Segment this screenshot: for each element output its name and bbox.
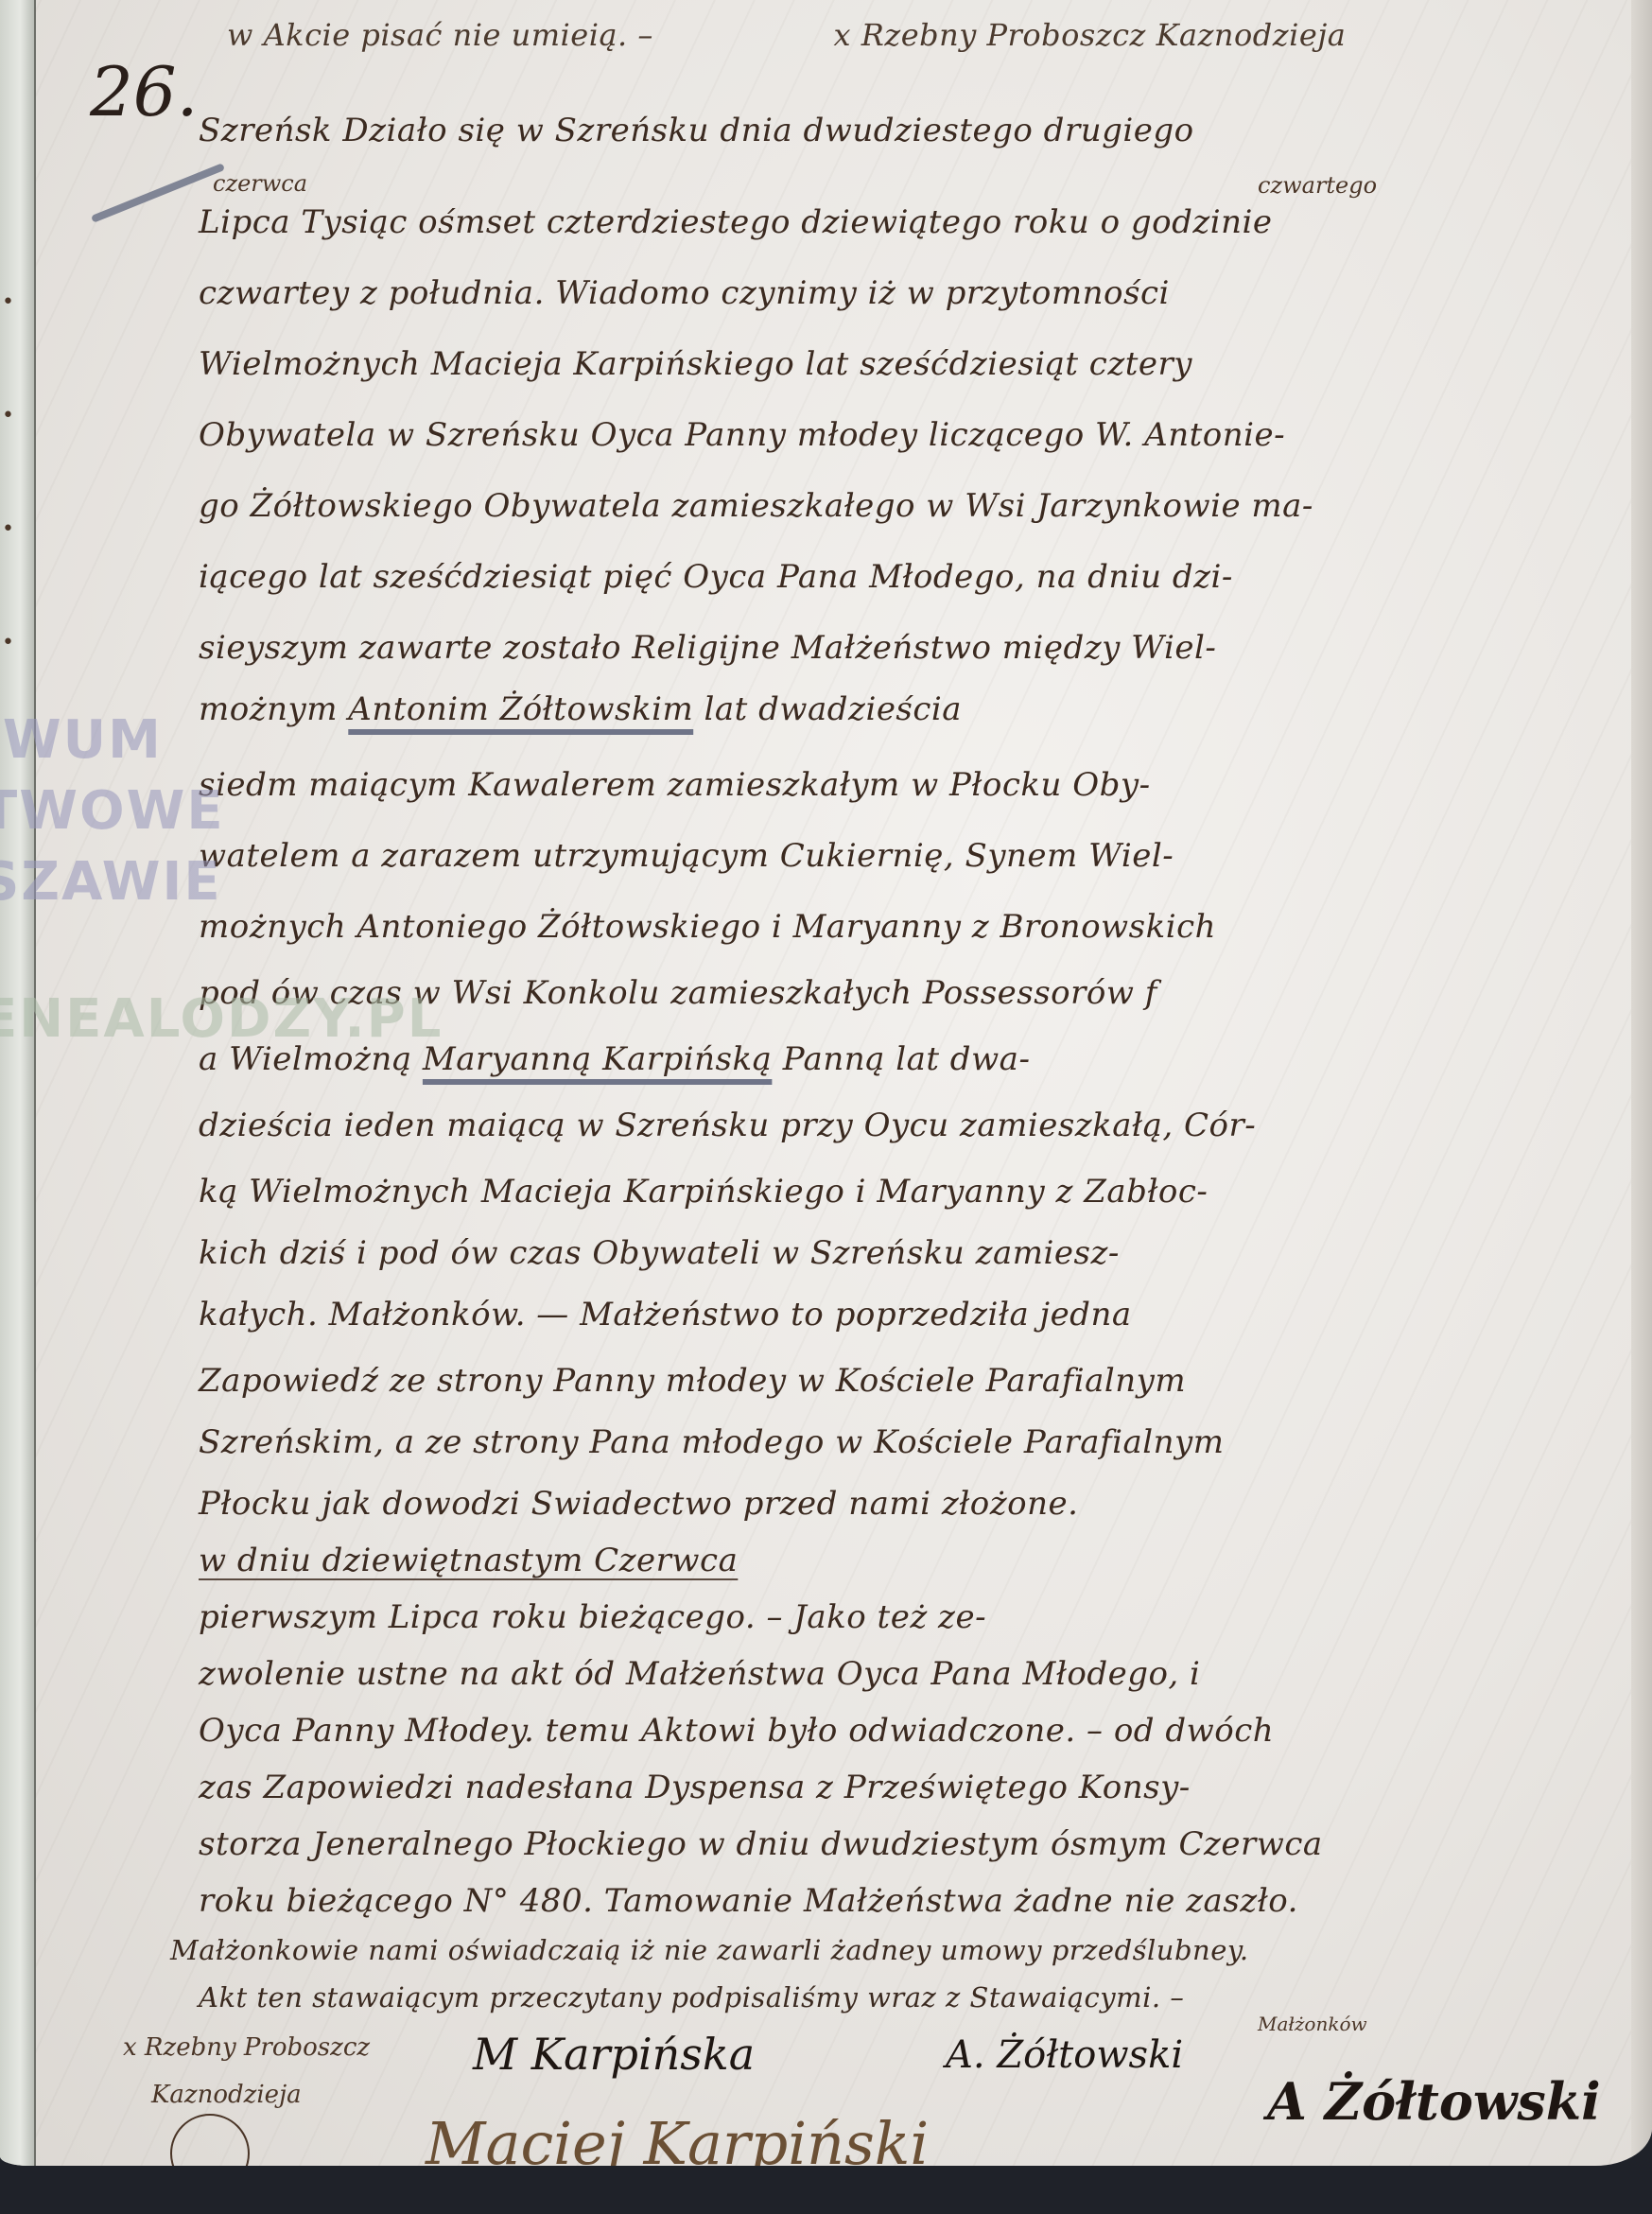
text-line-26: zas Zapowiedzi nadesłana Dyspensa z Prze… [199,1769,1614,1806]
text-line-24: zwolenie ustne na akt ód Małżeństwa Oyca… [199,1655,1614,1693]
text-line-2: Lipca Tysiąc ośmset czterdziestego dziew… [199,203,1614,241]
groom-name: Antonim Żółtowskim [348,690,693,728]
register-page: •••• w Akcie pisać nie umieią. – x Rzebn… [0,0,1652,2166]
text-line-16: ką Wielmożnych Macieja Karpińskiego i Ma… [199,1173,1614,1211]
text-line-21: Płocku jak dowodzi Swiadectwo przed nami… [199,1485,1614,1523]
watermark-line-3: SZAWIE [0,851,222,913]
text-line-22: w dniu dziewiętnastym Czerwca [199,1542,1239,1579]
text-line-15: dzieścia ieden maiącą w Szreńsku przy Oy… [199,1107,1614,1144]
interlinear-note-czerwca: czerwca [213,170,307,197]
bride-father-signature: Maciej Karpiński [426,2109,929,2166]
groom-signature: A Żółtowski [1267,2071,1601,2132]
signature-flourish [170,2114,250,2166]
text-line-11: watelem a zarazem utrzymującym Cukiernię… [199,837,1614,875]
text-line-14-suffix: Panną lat dwa- [772,1040,1030,1078]
text-line-9-prefix: możnym [199,690,348,728]
priest-title: Kaznodzieja [151,2081,302,2109]
bride-signature: M Karpińska [473,2029,755,2080]
previous-entry-signature: x Rzebny Proboszcz Kaznodzieja [834,17,1347,53]
text-line-27: storza Jeneralnego Płockiego w dniu dwud… [199,1825,1614,1863]
text-line-19: Zapowiedź ze strony Panny młodey w Kości… [199,1362,1614,1400]
text-line-7: iącego lat sześćdziesiąt pięć Oyca Pana … [199,558,1614,596]
text-line-23: pierwszym Lipca roku bieżącego. – Jako t… [199,1598,1614,1636]
text-line-25: Oyca Panny Młodey. temu Aktowi było odwi… [199,1712,1614,1750]
page-edge [1631,0,1652,2166]
previous-entry-text: w Akcie pisać nie umieią. – [227,17,653,53]
bride-name: Maryanną Karpińską [423,1040,772,1078]
text-line-20: Szreńskim, a ze strony Pana młodego w Ko… [199,1423,1614,1461]
text-line-5: Obywatela w Szreńsku Oyca Panny młodey l… [199,416,1614,454]
watermark-line-1: IWUM [0,709,163,771]
text-line-10: siedm maiącym Kawalerem zamieszkałym w P… [199,766,1614,804]
text-line-9: możnym Antonim Żółtowskim lat dwadzieści… [199,690,1614,728]
watermark-line-2: TWOWE [0,780,225,842]
previous-entry-closing: w Akcie pisać nie umieią. – x Rzebny Pro… [227,17,1614,53]
text-line-6: go Żółtowskiego Obywatela zamieszkałego … [199,487,1614,525]
text-line-8: sieyszym zawarte zostało Religijne Małże… [199,629,1614,667]
text-line-9-suffix: lat dwadzieścia [693,690,962,728]
text-line-28: roku bieżącego N° 480. Tamowanie Małżeńs… [199,1882,1614,1920]
text-line-3: czwartey z południa. Wiadomo czynimy iż … [199,274,1614,312]
text-line-4: Wielmożnych Macieja Karpińskiego lat sze… [199,345,1614,383]
text-line-30: Akt ten stawaiącym przeczytany podpisali… [199,1981,1614,2014]
left-margin-marks: •••• [2,246,30,700]
text-line-1: Szreńsk Działo się w Szreńsku dnia dwudz… [199,112,1614,149]
entry-number: 26. [90,52,199,131]
text-line-18: kałych. Małżonków. — Małżeństwo to poprz… [199,1296,1614,1334]
text-line-17: kich dziś i pod ów czas Obywateli w Szre… [199,1234,1614,1272]
text-line-12: możnych Antoniego Żółtowskiego i Maryann… [199,908,1614,946]
groom-father-signature: A. Żółtowski [946,2033,1183,2077]
interlinear-note-czwartego: czwartego [1258,172,1377,199]
watermark-line-4: ENEALODZY.PL [0,988,443,1050]
note-malzonkow: Małżonków [1258,2013,1367,2035]
text-line-29: Małżonkowie nami oświadczaią iż nie zawa… [170,1934,1614,1966]
priest-signature: x Rzebny Proboszcz [123,2033,370,2062]
